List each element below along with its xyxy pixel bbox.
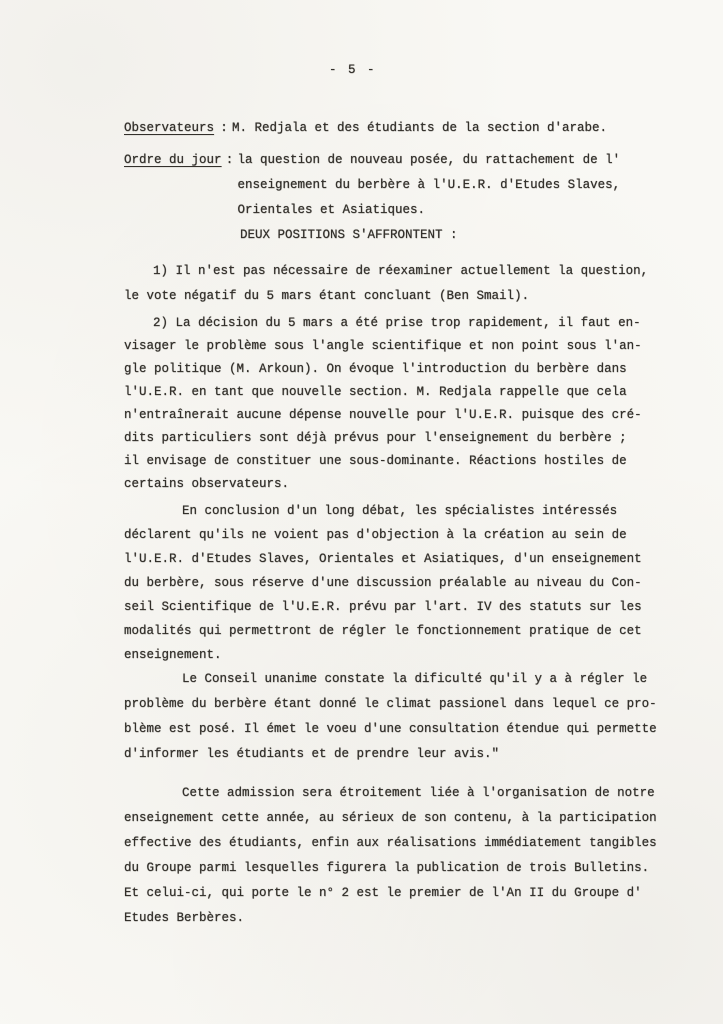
section-heading: DEUX POSITIONS S'AFFRONTENT : <box>240 223 663 248</box>
meta-colon: : <box>222 148 238 173</box>
text-line: Etudes Berbères. <box>124 906 663 931</box>
meta-term: Ordre du jour <box>124 148 222 173</box>
text-line: l'U.E.R. en tant que nouvelle section. M… <box>124 381 663 404</box>
paragraph-3: En conclusion d'un long débat, les spéci… <box>124 499 663 667</box>
text-line: M. Redjala et des étudiants de la sectio… <box>232 116 663 141</box>
paragraph-4: Le Conseil unanime constate la dificulté… <box>124 667 663 767</box>
text-line: Le Conseil unanime constate la dificulté… <box>124 667 663 692</box>
text-line: certains observateurs. <box>124 473 663 496</box>
body-section: 1) Il n'est pas nécessaire de réexaminer… <box>124 259 663 931</box>
text-line: enseignement. <box>124 643 663 667</box>
text-line: déclarent qu'ils ne voient pas d'objecti… <box>124 523 663 547</box>
text-line: blème est posé. Il émet le voeu d'une co… <box>124 717 663 742</box>
text-line: enseignement cette année, au sérieux de … <box>124 806 663 831</box>
text-line: effective des étudiants, enfin aux réali… <box>124 831 663 856</box>
meta-section: Observateurs : M. Redjala et des étudian… <box>124 116 663 223</box>
meta-row-observateurs: Observateurs : M. Redjala et des étudian… <box>124 116 663 141</box>
text-line: le vote négatif du 5 mars étant concluan… <box>124 284 663 309</box>
text-line: En conclusion d'un long débat, les spéci… <box>124 499 663 523</box>
document-page: - 5 - Observateurs : M. Redjala et des é… <box>0 0 723 1024</box>
text-line: seil Scientifique de l'U.E.R. prévu par … <box>124 595 663 619</box>
meta-content: la question de nouveau posée, du rattach… <box>238 148 663 223</box>
text-line: gle politique (M. Arkoun). On évoque l'i… <box>124 358 663 381</box>
text-line: d'informer les étudiants et de prendre l… <box>124 742 663 767</box>
text-line: enseignement du berbère à l'U.E.R. d'Etu… <box>238 173 663 198</box>
text-line: 2) La décision du 5 mars a été prise tro… <box>124 312 663 335</box>
paragraph-5: Cette admission sera étroitement liée à … <box>124 781 663 931</box>
text-line: problème du berbère étant donné le clima… <box>124 692 663 717</box>
text-line: dits particuliers sont déjà prévus pour … <box>124 427 663 450</box>
text-line: Cette admission sera étroitement liée à … <box>124 781 663 806</box>
text-line: il envisage de constituer une sous-domin… <box>124 450 663 473</box>
meta-row-ordre-du-jour: Ordre du jour : la question de nouveau p… <box>124 148 663 223</box>
page-number: - 5 - <box>329 58 663 83</box>
text-line: visager le problème sous l'angle scienti… <box>124 335 663 358</box>
text-line: 1) Il n'est pas nécessaire de réexaminer… <box>124 259 663 284</box>
text-line: modalités qui permettront de régler le f… <box>124 619 663 643</box>
paragraph-1: 1) Il n'est pas nécessaire de réexaminer… <box>124 259 663 309</box>
text-line: du berbère, sous réserve d'une discussio… <box>124 571 663 595</box>
meta-term: Observateurs <box>124 116 216 141</box>
text-line: n'entraînerait aucune dépense nouvelle p… <box>124 404 663 427</box>
text-line: du Groupe parmi lesquelles figurera la p… <box>124 856 663 881</box>
meta-colon: : <box>216 116 232 141</box>
text-line: Orientales et Asiatiques. <box>238 198 663 223</box>
text-line: la question de nouveau posée, du rattach… <box>238 148 663 173</box>
text-line: Et celui-ci, qui porte le n° 2 est le pr… <box>124 881 663 906</box>
paragraph-2: 2) La décision du 5 mars a été prise tro… <box>124 312 663 496</box>
meta-content: M. Redjala et des étudiants de la sectio… <box>232 116 663 141</box>
text-line: l'U.E.R. d'Etudes Slaves, Orientales et … <box>124 547 663 571</box>
